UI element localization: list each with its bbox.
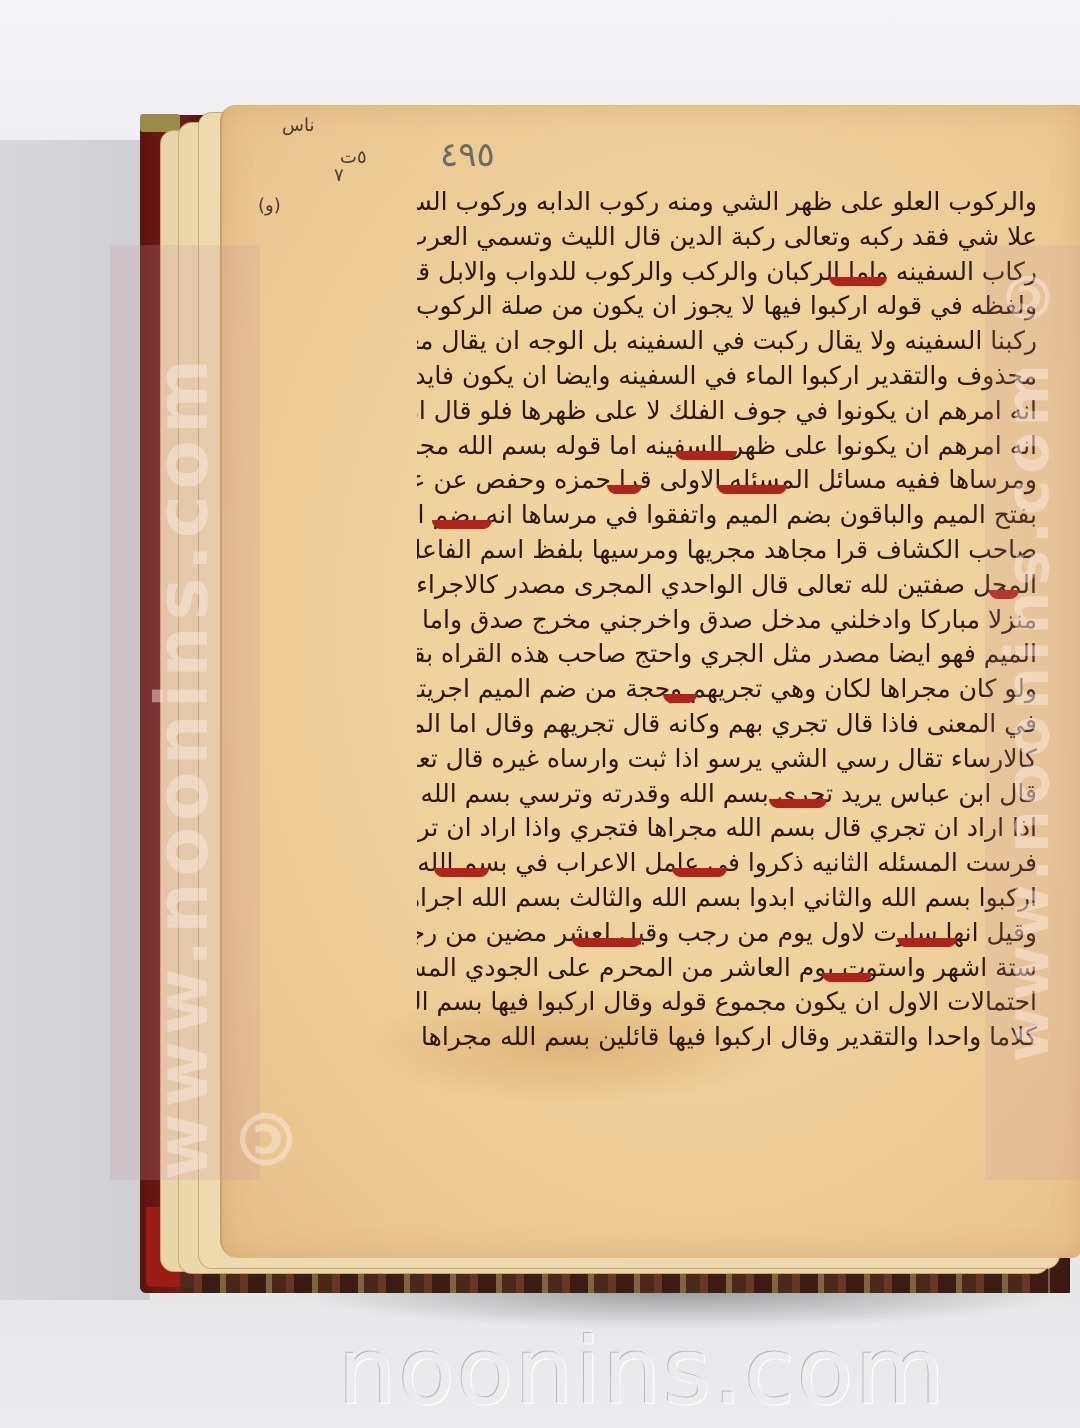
margin-note: ناس [282,115,314,136]
text-line: احتمالات الاول ان يكون مجموع قوله وقال ا… [417,985,1037,1020]
text-line: قال ابن عباس يريد تجري بسم الله وقدرته و… [417,777,1037,812]
text-line: ولفظه في قوله اركبوا فيها لا يجوز ان يكو… [417,289,1037,324]
text-line: انه امرهم ان يكونوا في جوف الفلك لا على … [417,394,1037,429]
watermark-bottom: noonins.com [338,1318,947,1425]
text-line: منزلا مباركا وادخلني مدخل صدق واخرجني مخ… [417,603,1037,638]
text-line: ركبنا السفينه ولا يقال ركبت في السفينه ب… [417,324,1037,359]
rubric-mark [432,520,492,529]
manuscript-text: والركوب العلو على ظهر الشي ومنه ركوب الد… [417,185,1037,1055]
text-line: ستة اشهر واستوت يوم العاشر من المحرم على… [417,951,1037,986]
text-line: فرست المسئله الثانيه ذكروا في عامل الاعر… [417,846,1037,881]
watermark-band: www.noonins.com © [985,245,1080,1180]
watermark-vertical: www.noonins.com © [993,255,1063,1062]
folio-number: ٤٩٥ [440,135,495,175]
watermark-vertical: www.noonins.com © [140,255,308,1180]
text-line: ولو كان مجراها لكان وهي تجريهم وحجة من ض… [417,672,1037,707]
margin-note: (و) [258,195,281,216]
rubric-mark [434,868,489,877]
rubric-mark [663,694,697,703]
rubric-mark [672,868,727,877]
text-line: علا شي فقد ركبه وتعالى ركبة الدين قال ال… [417,220,1037,255]
rubric-mark [717,485,787,494]
rubric-mark [822,973,872,982]
text-line: في المعنى فاذا قال تجري بهم وكانه قال تج… [417,707,1037,742]
text-line: صاحب الكشاف قرا مجاهد مجريها ومرسيها بلف… [417,533,1037,568]
text-line: اذا اراد ان تجري قال بسم الله مجراها فتج… [417,811,1037,846]
rubric-mark [607,485,642,494]
text-line: ركاب السفينه واما الركبان والركب والركوب… [417,255,1037,290]
text-line: محذوف والتقدير اركبوا الماء في السفينه و… [417,359,1037,394]
rubric-mark [897,938,957,947]
rubric-mark [829,277,887,286]
text-line: كالارساء تقال رسي الشي يرسو اذا ثبت وارس… [417,742,1037,777]
rubric-mark [769,799,827,808]
watermark-band: www.noonins.com © [110,245,260,1180]
text-line: والركوب العلو على ظهر الشي ومنه ركوب الد… [417,185,1037,220]
rubric-mark [675,451,737,460]
text-line: كلاما واحدا والتقدير وقال اركبوا فيها قا… [417,1020,1037,1055]
margin-note: ٧ [334,165,344,186]
manuscript-page: ٤٩٥ ناس ٥ت ٧ (و) والركوب العلو على ظهر ا… [220,105,1080,1258]
text-line: المحل صفتين لله تعالى قال الواحدي المجرى… [417,568,1037,603]
text-line: الميم فهو ايضا مصدر مثل الجري واحتج صاحب… [417,637,1037,672]
text-line: اركبوا بسم الله والثاني ابدوا بسم الله و… [417,881,1037,916]
rubric-mark [572,938,642,947]
text-line: بفتح الميم والباقون بضم الميم واتفقوا في… [417,498,1037,533]
